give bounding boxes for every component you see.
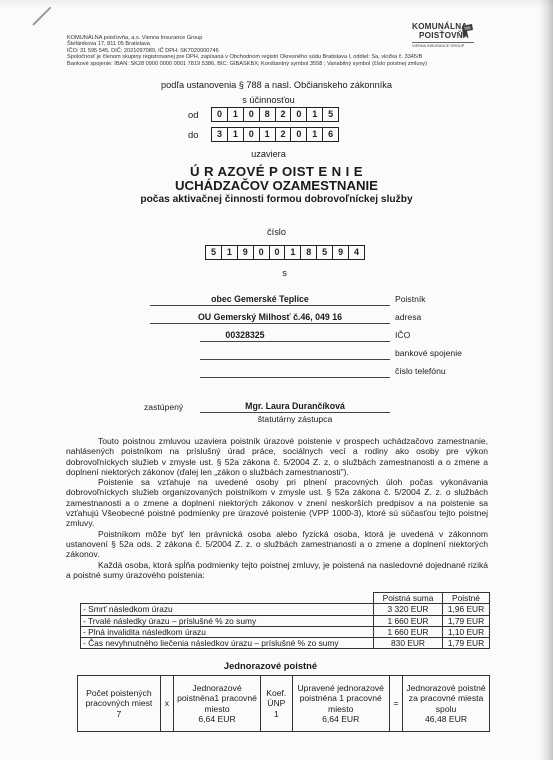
digit-box: 0 (291, 128, 307, 141)
table-row: Počet poistených pracovných miest 7 x Je… (78, 676, 490, 732)
risk-premium: 1,10 EUR (443, 626, 490, 637)
digit-box: 0 (270, 246, 286, 259)
address-label: adresa (395, 312, 421, 322)
digit-box: 5 (206, 246, 222, 259)
digit-box: 1 (307, 128, 323, 141)
phone-line (200, 377, 390, 378)
policyholder-label: Poistník (395, 294, 426, 304)
ico-line (200, 341, 390, 342)
adjusted-premium-cell: Upravené jednorazové poistnéna 1 pracovn… (292, 676, 389, 732)
staple-mark (32, 7, 51, 26)
company-registry: Spoločnosť je členom skupiny registrovan… (67, 54, 427, 60)
risk-table: Poistná suma Poistné - Smrť následkom úr… (80, 592, 490, 649)
digit-box: 2 (276, 128, 292, 141)
number-label: číslo (0, 227, 553, 237)
policyholder-address: OU Gemerský Milhosť č.46, 049 16 (150, 312, 390, 322)
representative-line (200, 412, 390, 413)
company-bank: Bankové spojenie: IBAN: SK28 0900 0000 0… (67, 61, 427, 67)
equals-operator: = (389, 676, 402, 732)
cell-label: Jednorazové poistné za pracovné miesta s… (405, 683, 487, 714)
digit-box: 0 (244, 108, 260, 121)
digit-box: 0 (291, 108, 307, 121)
digit-box: 9 (238, 246, 254, 259)
risk-name: - Plná invalidita následkom úrazu (81, 626, 374, 637)
risk-sum: 3 320 EUR (374, 604, 443, 615)
contract-title-line2: UCHÁDZAČOV OZAMESTNANIE (0, 178, 553, 193)
representative-name: Mgr. Laura Durančíková (200, 401, 390, 411)
paragraph-scope: Touto poistnou zmluvou uzaviera poistník… (66, 436, 488, 477)
company-header: KOMUNÁLNA poisťovňa, a.s. Vienna Insuran… (67, 35, 427, 67)
company-logo: KOMUNÁLNA POISŤOVŇA VIENNA INSURANCE GRO… (412, 23, 474, 48)
scan-shadow-right (539, 0, 553, 760)
risk-sum: 1 660 EUR (374, 626, 443, 637)
digit-box: 1 (285, 246, 301, 259)
policyholder-name-line (150, 305, 390, 306)
sum-header: Poistná suma (374, 593, 443, 604)
risk-premium: 1,79 EUR (443, 615, 490, 626)
legal-basis: podľa ustanovenia § 788 a nasl. Občiansk… (0, 80, 553, 90)
address-line (150, 323, 390, 324)
digit-box: 5 (323, 108, 338, 121)
contract-title: Ú R AZOVÉ P OIST E N I E (0, 164, 553, 179)
digit-box: 5 (317, 246, 333, 259)
table-row: - Plná invalidita následkom úrazu 1 660 … (81, 626, 490, 637)
logo-subline: VIENNA INSURANCE GROUP (412, 42, 474, 48)
risk-name: - Trvalé následky úrazu – príslušné % zo… (81, 615, 374, 626)
to-date-boxes: 3 1 0 1 2 0 1 6 (211, 127, 339, 142)
one-off-premium-table: Počet poistených pracovných miest 7 x Je… (77, 675, 490, 732)
bank-line (200, 359, 390, 360)
total-premium-cell: Jednorazové poistné za pracovné miesta s… (403, 676, 490, 732)
policyholder-ico: 00328325 (200, 330, 290, 340)
empty-header-cell (81, 593, 374, 604)
risk-name: - Smrť následkom úrazu (81, 604, 374, 615)
premium-header: Poistné (443, 593, 490, 604)
from-date-boxes: 0 1 0 8 2 0 1 5 (211, 107, 339, 122)
representative-role: štatutárny zástupca (200, 414, 390, 424)
contract-subtitle: počas aktivačnej činnosti formou dobrovo… (0, 194, 553, 205)
contract-number-boxes: 5 1 9 0 0 1 8 5 9 4 (205, 245, 365, 260)
risk-premium: 1,96 EUR (443, 604, 490, 615)
digit-box: 1 (222, 246, 238, 259)
risk-sum: 830 EUR (374, 638, 443, 649)
concludes-label: uzaviera (0, 149, 545, 159)
premium-per-position-cell: Jednorazové poistnéna1 pracovné miesto 6… (174, 676, 261, 732)
contract-body: Touto poistnou zmluvou uzaviera poistník… (66, 436, 488, 580)
cell-label: Koef. ÚNP (263, 688, 290, 708)
digit-box: 0 (244, 128, 260, 141)
bank-label: bankové spojenie (395, 348, 462, 358)
flag-logo-icon (461, 24, 474, 37)
cell-label: Počet poistených pracovných miest (80, 688, 158, 708)
digit-box: 9 (333, 246, 349, 259)
scan-shadow-top (0, 0, 553, 8)
paragraph-risks-intro: Každá osoba, ktorá spĺňa podmienky tejto… (66, 560, 488, 581)
digit-box: 1 (307, 108, 323, 121)
cell-label: Jednorazové poistnéna1 pracovné miesto (176, 683, 258, 714)
digit-box: 3 (212, 128, 228, 141)
table-row: - Trvalé následky úrazu – príslušné % zo… (81, 615, 490, 626)
from-label: od (188, 109, 198, 120)
digit-box: 8 (301, 246, 317, 259)
cell-value: 7 (80, 709, 158, 719)
cell-value: 6,64 EUR (176, 714, 258, 724)
digit-box: 0 (254, 246, 270, 259)
paragraph-eligibility: Poistníkom môže byť len právnická osoba … (66, 529, 488, 560)
risk-premium: 1,79 EUR (443, 638, 490, 649)
table-row: - Čas nevyhnutného liečenia následkov úr… (81, 638, 490, 649)
with-label: s (8, 268, 553, 278)
digit-box: 2 (276, 108, 292, 121)
ico-label: IČO (395, 330, 410, 340)
insurance-contract-page: KOMUNÁLNA poisťovňa, a.s. Vienna Insuran… (0, 0, 553, 760)
represented-label: zastúpený (144, 402, 183, 412)
one-off-title: Jednorazové poistné (0, 660, 547, 671)
digit-box: 4 (349, 246, 364, 259)
digit-box: 6 (323, 128, 338, 141)
policyholder-name: obec Gemerské Teplice (160, 294, 360, 304)
phone-label: číslo telefónu (395, 366, 446, 376)
risk-name: - Čas nevyhnutného liečenia následkov úr… (81, 638, 374, 649)
digit-box: 1 (260, 128, 276, 141)
validity-label: s účinnosťou (0, 95, 545, 105)
digit-box: 1 (228, 128, 244, 141)
cell-value: 46,48 EUR (405, 714, 487, 724)
paragraph-coverage: Poistenie sa vzťahuje na uvedené osoby p… (66, 477, 488, 528)
digit-box: 1 (228, 108, 244, 121)
cell-value: 6,64 EUR (295, 714, 387, 724)
insured-positions-cell: Počet poistených pracovných miest 7 (78, 676, 161, 732)
cell-value: 1 (263, 709, 290, 719)
risk-table-header: Poistná suma Poistné (81, 593, 490, 604)
table-row: - Smrť následkom úrazu 3 320 EUR 1,96 EU… (81, 604, 490, 615)
risk-sum: 1 660 EUR (374, 615, 443, 626)
digit-box: 8 (260, 108, 276, 121)
to-label: do (188, 129, 198, 140)
digit-box: 0 (212, 108, 228, 121)
coefficient-cell: Koef. ÚNP 1 (260, 676, 292, 732)
cell-label: Upravené jednorazové poistnéna 1 pracovn… (295, 683, 387, 714)
multiply-operator: x (160, 676, 173, 732)
